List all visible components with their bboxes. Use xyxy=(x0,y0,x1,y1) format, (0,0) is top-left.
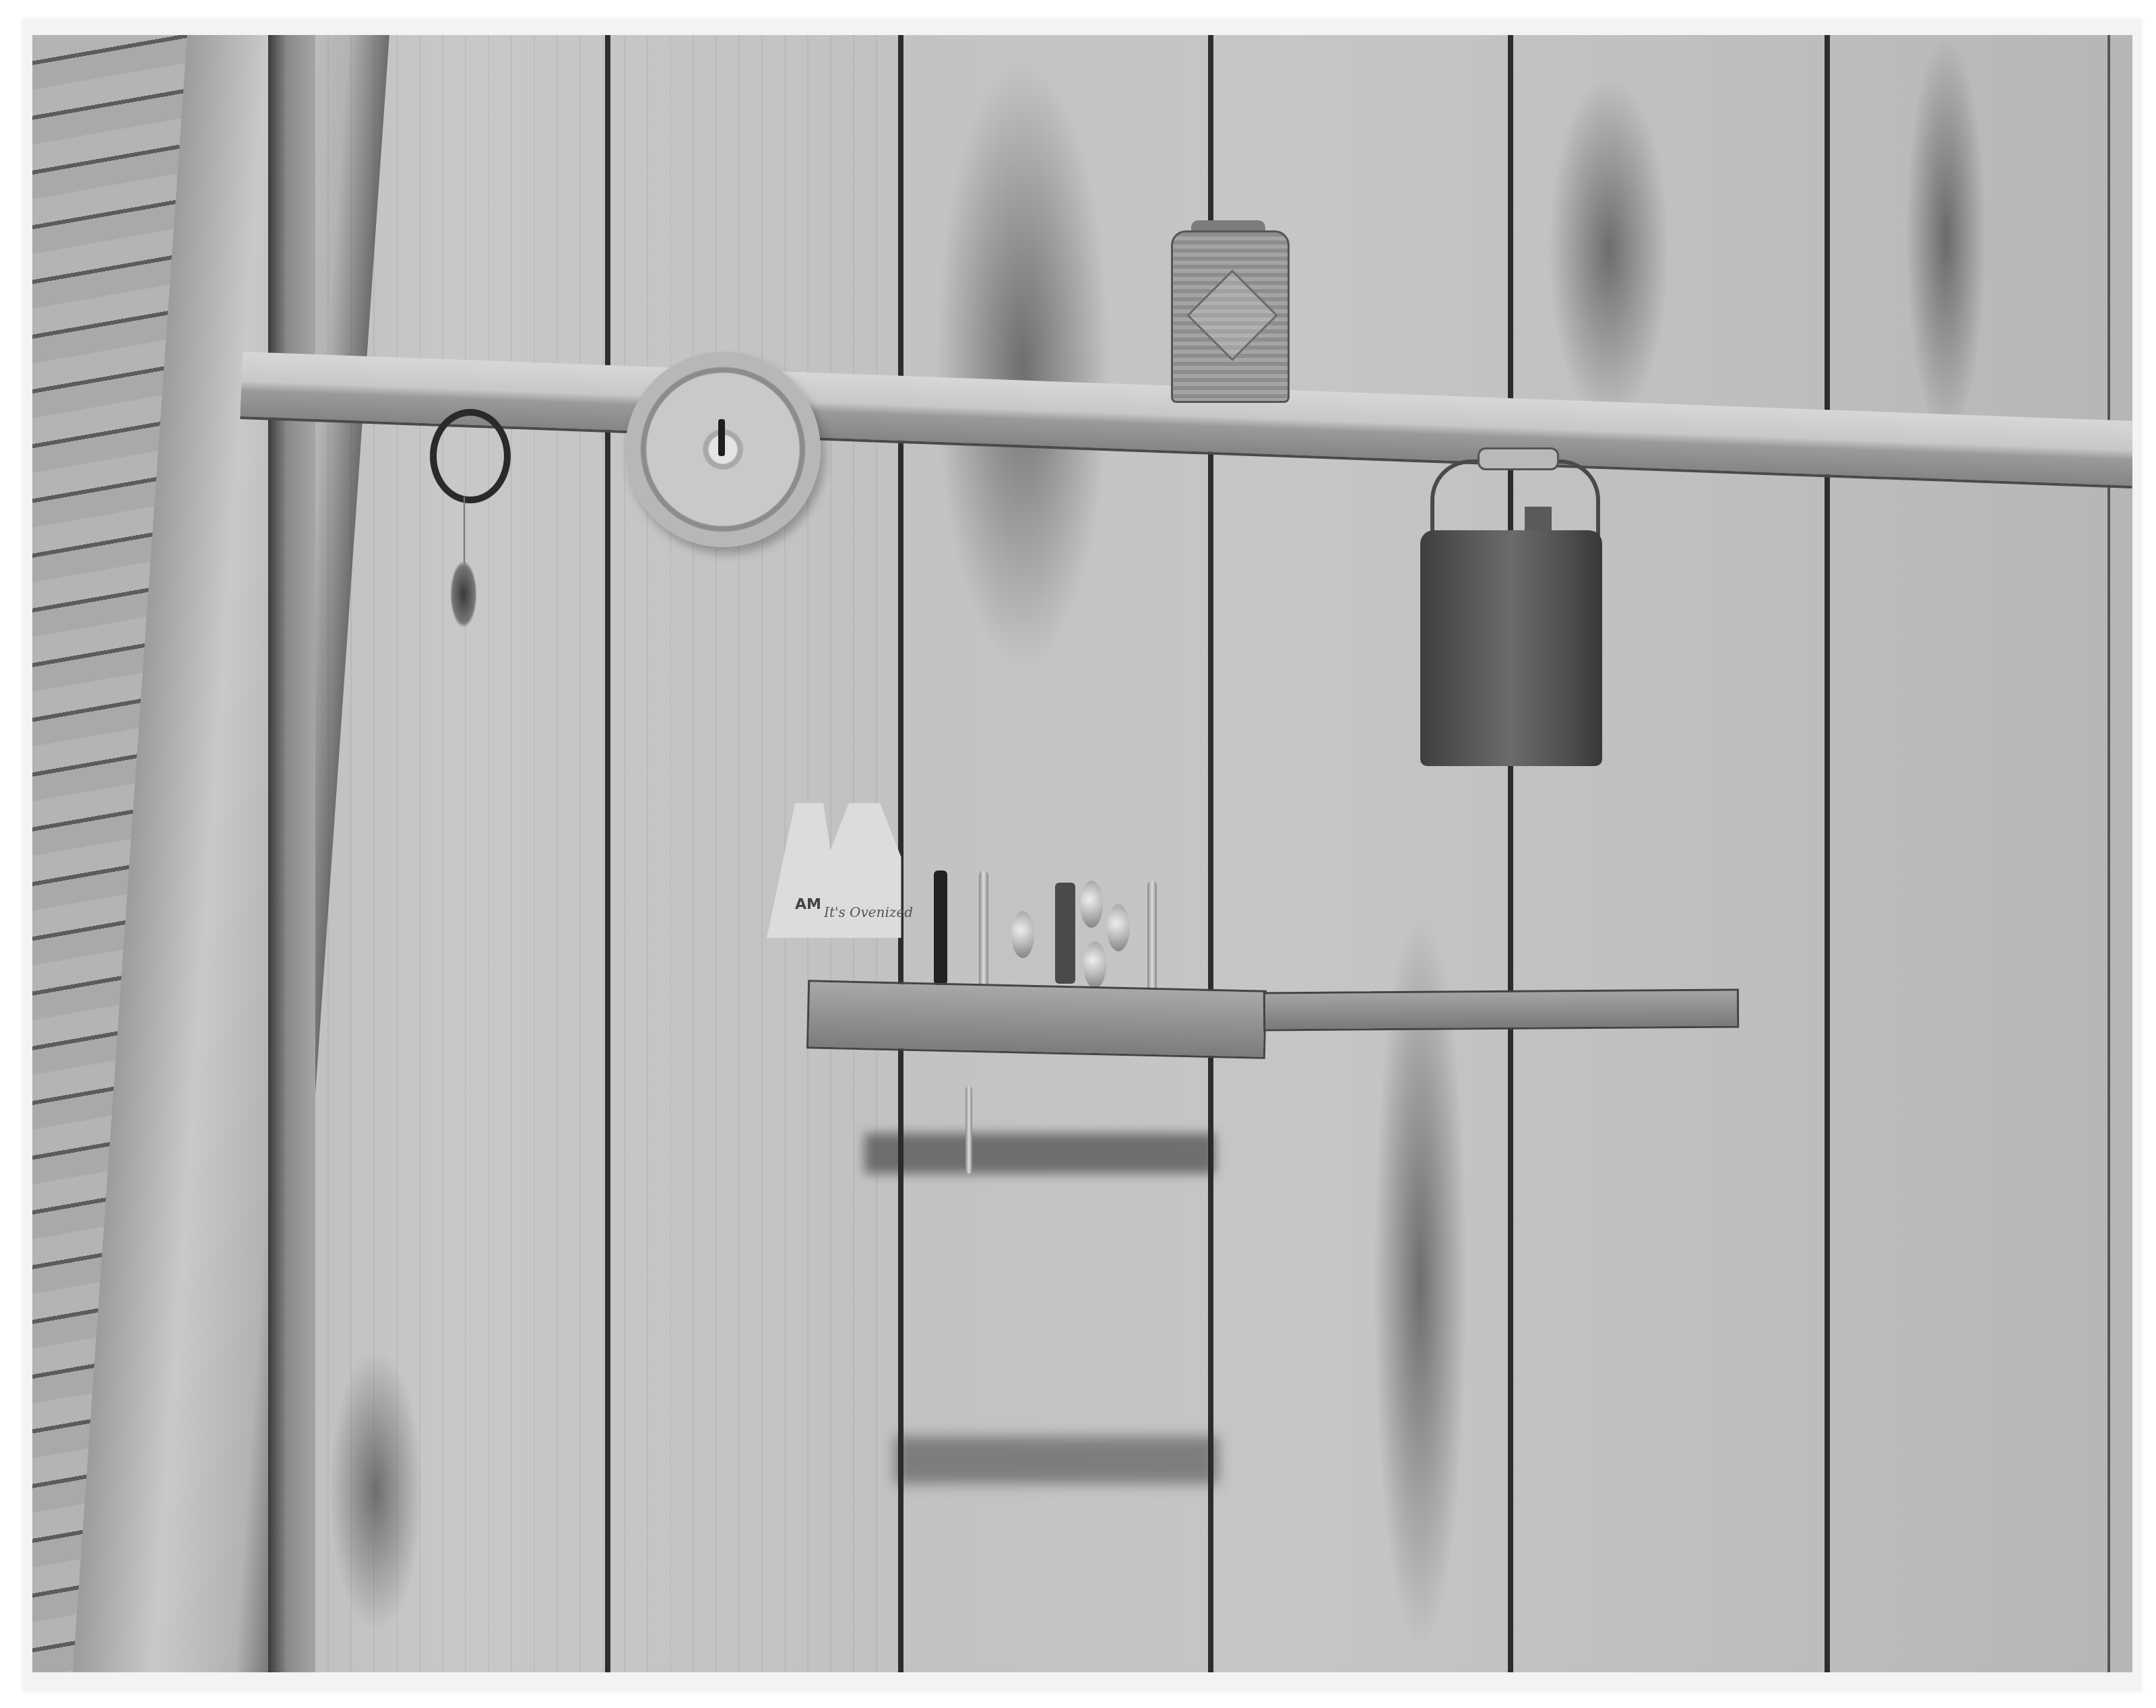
plank-seam xyxy=(605,35,610,1672)
wood-stain xyxy=(1548,75,1670,426)
dried-charm xyxy=(450,561,477,628)
photograph: AM It's Ovenized xyxy=(32,35,2132,1672)
utensil-rack-board xyxy=(806,980,1267,1058)
wood-stain xyxy=(329,1349,423,1632)
rack-shadow xyxy=(895,1436,1218,1484)
fork xyxy=(979,871,988,999)
rack-shadow xyxy=(864,1133,1215,1174)
knife xyxy=(934,871,947,985)
corner-post xyxy=(268,35,315,1672)
glass-jar xyxy=(1171,230,1290,403)
spoon xyxy=(1011,911,1034,958)
can-grip xyxy=(1478,447,1559,470)
plank-seam xyxy=(1825,35,1830,1672)
label-text: AM xyxy=(795,896,821,913)
wood-stain xyxy=(1905,35,1986,439)
plank-seam xyxy=(2107,35,2110,1672)
utensil-handle xyxy=(965,1086,972,1174)
oil-can xyxy=(1420,530,1602,766)
fork xyxy=(1147,881,1157,995)
knife xyxy=(1055,883,1075,984)
spoon xyxy=(1080,881,1103,928)
wood-stain xyxy=(935,62,1110,668)
label-script-text: It's Ovenized xyxy=(824,904,913,920)
rack-board-extension xyxy=(1263,989,1739,1032)
nail xyxy=(718,419,725,456)
spoon xyxy=(1107,904,1130,951)
hanging-string xyxy=(464,497,465,564)
metal-ring xyxy=(430,409,511,503)
plank-seam xyxy=(1508,35,1513,1672)
spoon xyxy=(1083,941,1106,988)
